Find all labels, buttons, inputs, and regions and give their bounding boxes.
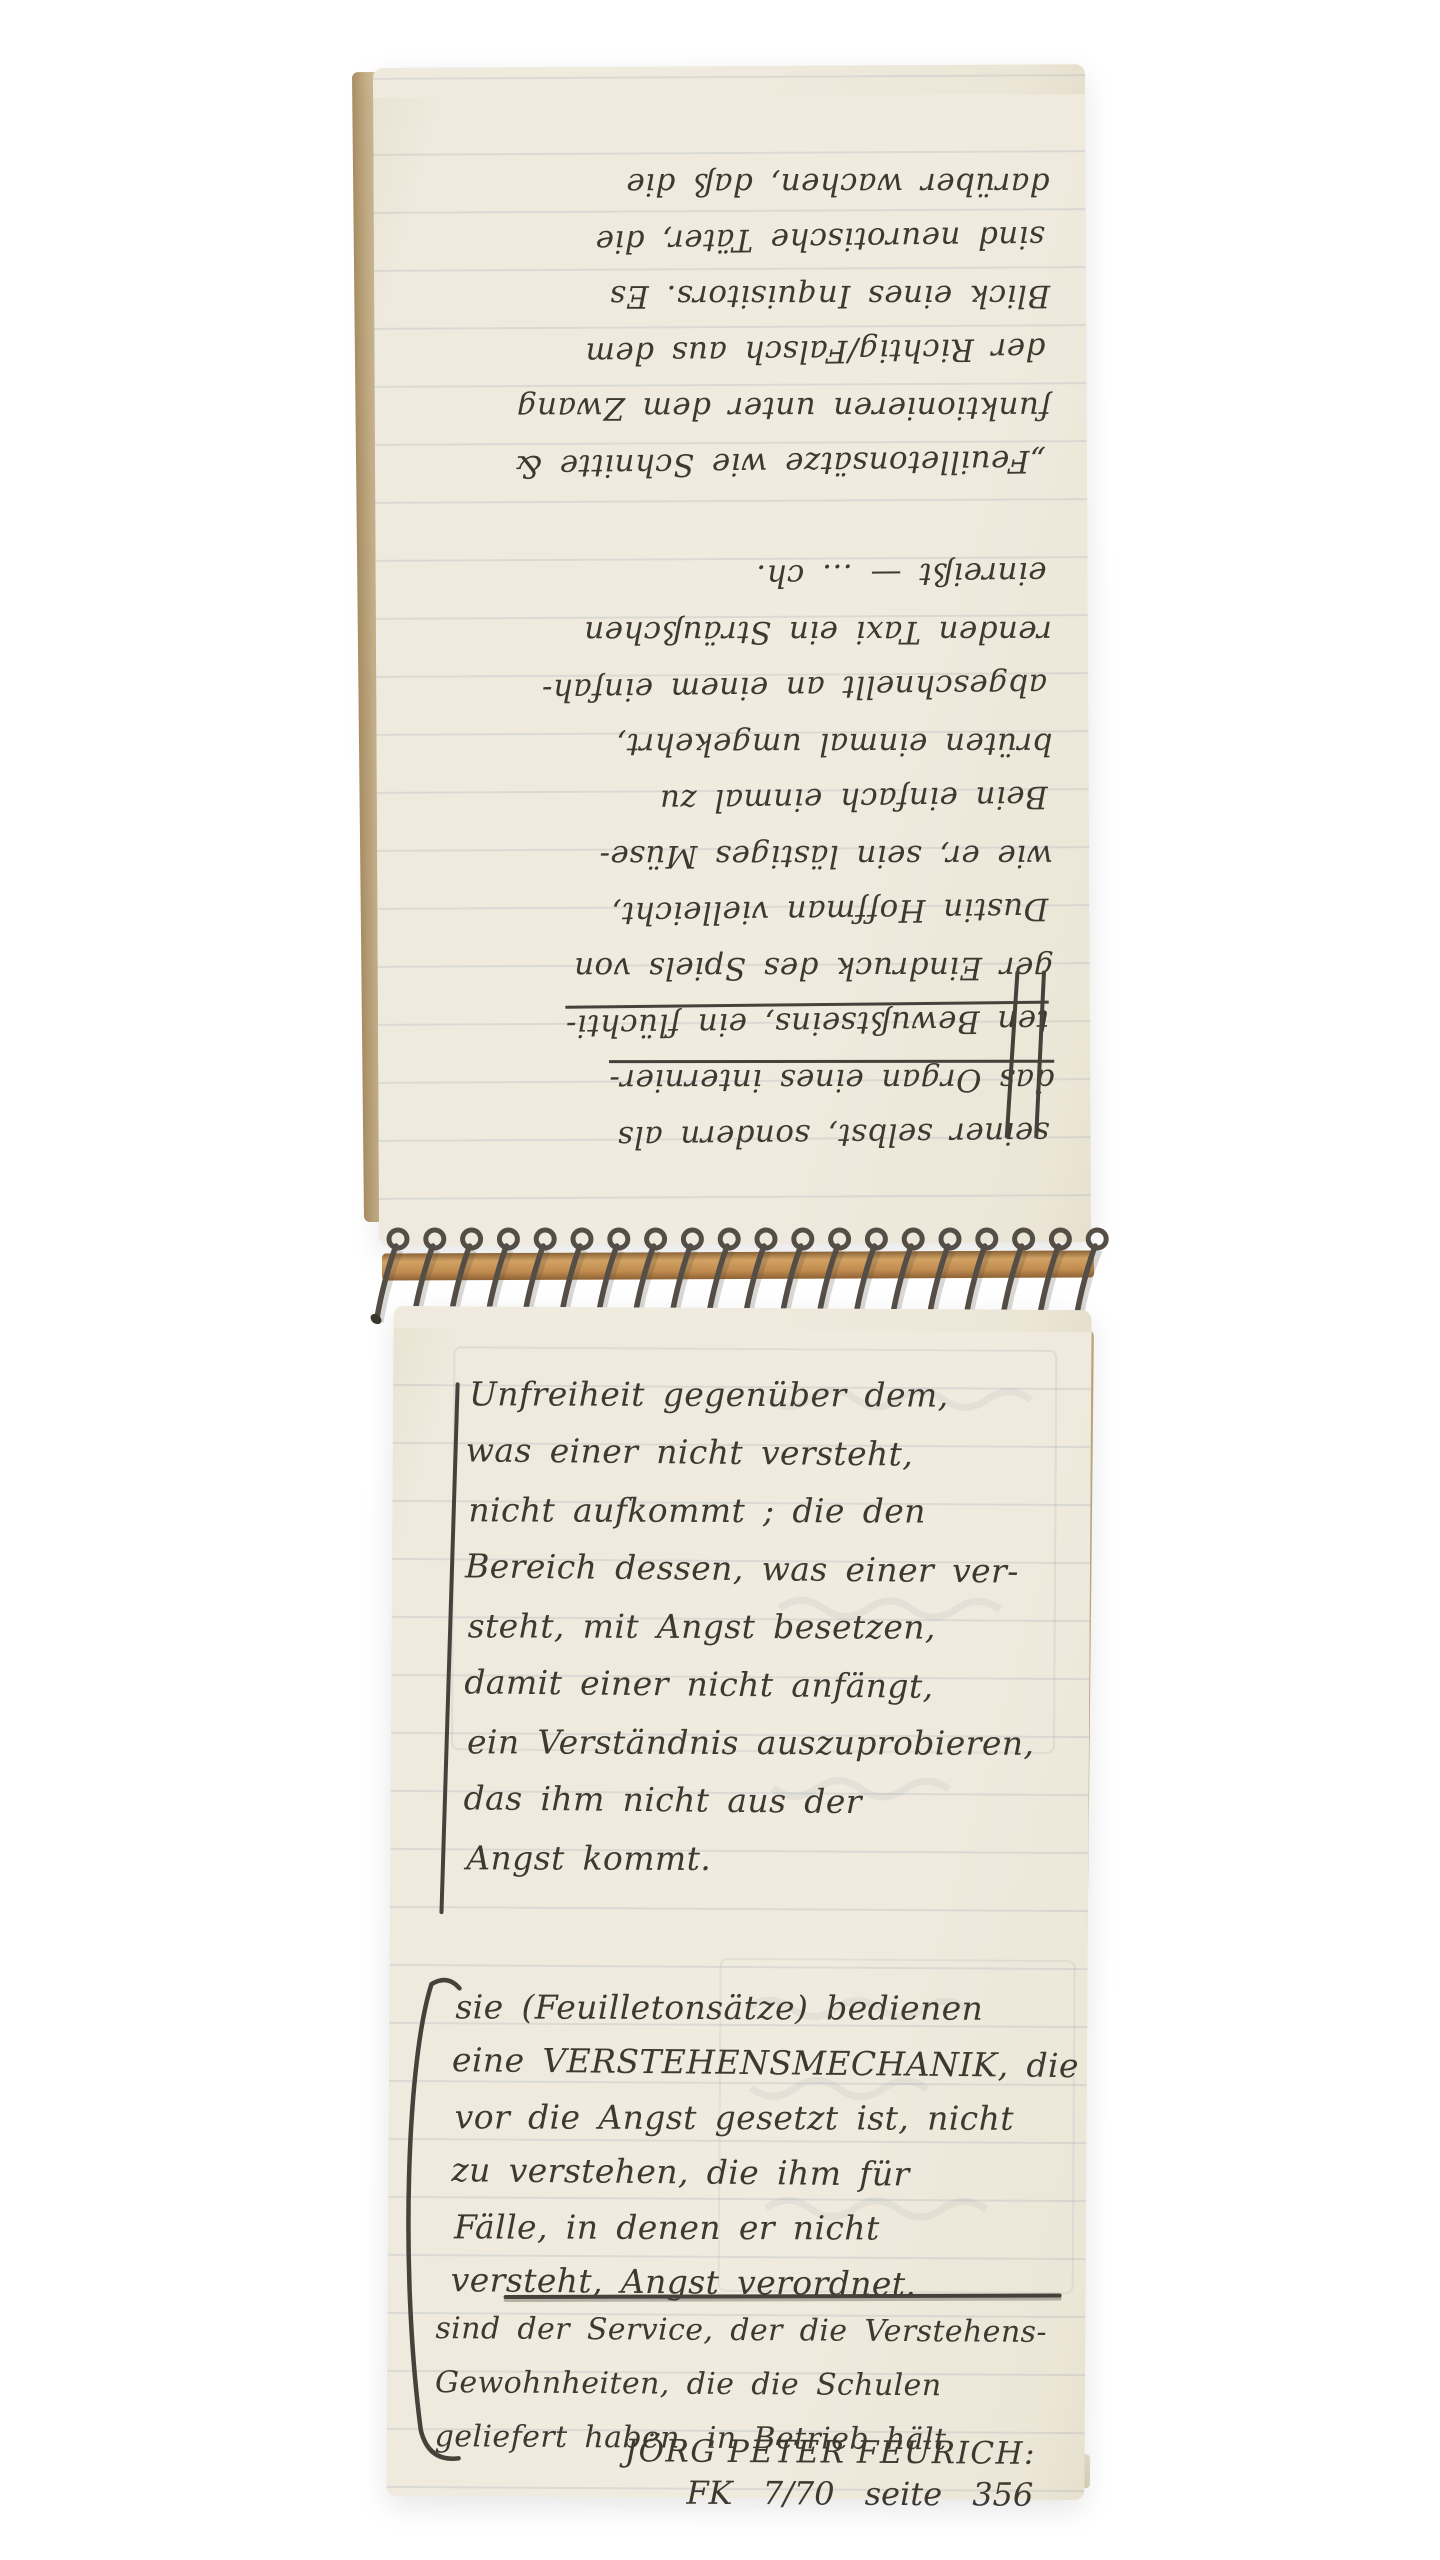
handwritten-line: funktionieren unter dem Zwang: [407, 380, 1051, 437]
photo-stage: seiner selbst, sondern als das Organ ein…: [0, 0, 1440, 2560]
handwritten-line: Dustin Hoffman vielleicht,: [404, 881, 1049, 944]
handwritten-line: Unfreiheit gegenüber dem,: [469, 1365, 1036, 1424]
upside-down-text-block: seiner selbst, sondern als das Organ ein…: [373, 64, 1091, 1246]
handwritten-line: eine VERSTEHENSMECHANIK, die: [452, 2032, 1079, 2093]
attribution-name: JÖRG PETER FEURICH:: [625, 2433, 1037, 2472]
handwritten-line: seiner selbst, sondern als: [405, 1105, 1050, 1168]
handwritten-line: abgeschnellt an einem einfah-: [403, 657, 1048, 720]
blank-line: [407, 492, 1051, 549]
handwritten-line: nicht aufkommt ; die den: [468, 1481, 1035, 1540]
handwritten-line: Angst kommt.: [466, 1829, 1033, 1888]
margin-mark-double-stroke: [1004, 970, 1065, 1142]
paragraph-2: sie (Feuilletonsätze) bedienen eine VERS…: [452, 1978, 1081, 2312]
top-page: seiner selbst, sondern als das Organ ein…: [373, 64, 1091, 1246]
handwritten-line: zu verstehen, die ihm für: [451, 2142, 1078, 2203]
handwritten-line: ger Eindruck des Spiels von: [410, 940, 1054, 997]
handwritten-line: vor die Angst gesetzt ist, nicht: [455, 2089, 1082, 2146]
handwritten-line: Gewohnheiten, die die Schulen: [435, 2356, 1047, 2414]
handwritten-line: wie er, sein lästiges Müse-: [409, 828, 1053, 885]
handwritten-line: Bereich dessen, was einer ver-: [465, 1537, 1033, 1600]
attribution-reference: FK 7/70 seite 356: [686, 2474, 1033, 2514]
handwritten-line: der Richtig/Falsch aus dem: [401, 321, 1046, 384]
handwritten-line: Fälle, in denen er nicht: [454, 2199, 1081, 2256]
handwritten-line: damit einer nicht anfängt,: [464, 1653, 1032, 1716]
handwritten-line: sie (Feuilletonsätze) bedienen: [455, 1979, 1082, 2036]
handwritten-line-underlined: ten Bewußtseins, ein flüchti-: [405, 993, 1050, 1056]
handwritten-line: Bein einfach einmal zu: [403, 769, 1048, 832]
handwritten-line: renden Taxi ein Sträußchen: [408, 604, 1052, 661]
handwritten-line: was einer nicht versteht,: [465, 1421, 1033, 1484]
paragraph-1: Unfreiheit gegenüber dem, was einer nich…: [464, 1364, 1035, 1889]
handwritten-line: ein Verständnis auszuprobieren,: [467, 1713, 1034, 1772]
handwritten-line-underlined: das Organ eines internier-: [410, 1052, 1054, 1109]
handwritten-line: sind neurotische Täter, die: [401, 209, 1046, 272]
handwritten-line: das ihm nicht aus der: [463, 1769, 1031, 1832]
bottom-page: Unfreiheit gegenüber dem, was einer nich…: [386, 1306, 1091, 2500]
handwritten-line: brüten einmal umgekehrt,: [408, 716, 1052, 773]
handwritten-line: steht, mit Angst besetzen,: [468, 1597, 1035, 1656]
handwritten-line: Blick eines Inquisitors. Es: [406, 268, 1050, 325]
handwritten-line: sind der Service, der die Verstehens-: [435, 2302, 1047, 2360]
handwritten-line: einreißt — … ch.: [402, 545, 1047, 608]
handwritten-line: darüber wachen, daß die: [406, 156, 1050, 213]
handwritten-line: „Feuilletonsätze wie Schnitte &: [402, 433, 1047, 496]
